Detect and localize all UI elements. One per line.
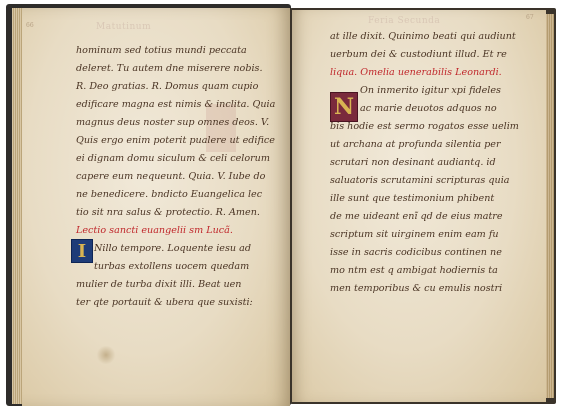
left-running-head: Matutinum <box>96 22 151 32</box>
text-line: men temporibus & cu emulis nostri <box>330 280 519 298</box>
text-line: saluatoris scrutamini scripturas quia <box>330 172 519 190</box>
text-line: hominum sed totius mundi peccata <box>76 42 275 60</box>
text-line: ei dignam domu siculum & celi celorum <box>76 150 275 168</box>
rubric-line: liqua. Omelia uenerabilis Leonardi. <box>330 64 519 82</box>
text-line: capere eum nequeunt. Quia. V. Iube do <box>76 168 275 186</box>
ownership-stamp <box>96 346 116 364</box>
text-line: On inmerito igitur xpi fideles <box>330 82 519 100</box>
left-folio-number: 66 <box>26 22 34 29</box>
text-line: deleret. Tu autem dne miserere nobis. <box>76 60 275 78</box>
right-page-text: at ille dixit. Quinimo beati qui audiunt… <box>330 28 519 298</box>
text-line: ter qte portauit & ubera que suxisti: <box>76 294 275 312</box>
text-line: edificare magna est nimis & inclita. Qui… <box>76 96 275 114</box>
text-line: tio sit nra salus & protectio. R. Amen. <box>76 204 275 222</box>
right-folio-number: 67 <box>526 14 534 21</box>
rubric-line: Lectio sancti euangelii sm Lucã. <box>76 222 275 240</box>
text-line: turbas extollens uocem quedam <box>76 258 275 276</box>
text-line: de me uideant enĩ qd de eius matre <box>330 208 519 226</box>
text-line: scriptum sit uirginem enim eam fu <box>330 226 519 244</box>
left-page-text: hominum sed totius mundi peccata deleret… <box>76 42 275 312</box>
open-manuscript: 66 Matutinum 67 Feria Secunda I N hominu… <box>0 0 561 411</box>
text-line: uerbum dei & custodiunt illud. Et re <box>330 46 519 64</box>
text-line: at ille dixit. Quinimo beati qui audiunt <box>330 28 519 46</box>
text-line: mulier de turba dixit illi. Beat uen <box>76 276 275 294</box>
right-running-head: Feria Secunda <box>368 16 440 26</box>
text-line: ille sunt que testimonium phibent <box>330 190 519 208</box>
text-line: Quis ergo enim poterit pualere ut edific… <box>76 132 275 150</box>
text-line: bis hodie est sermo rogatos esse uelim <box>330 118 519 136</box>
text-line: scrutari non desinant audiantq. id <box>330 154 519 172</box>
text-line: ac marie deuotos adquos no <box>330 100 519 118</box>
text-line: Nillo tempore. Loquente iesu ad <box>76 240 275 258</box>
text-line: isse in sacris codicibus continen ne <box>330 244 519 262</box>
text-line: ut archana at profunda silentia per <box>330 136 519 154</box>
text-line: mo ntm est q ambigat hodiernis ta <box>330 262 519 280</box>
text-line: ne benedicere. bndicto Euangelica lec <box>76 186 275 204</box>
text-line: R. Deo gratias. R. Domus quam cupio <box>76 78 275 96</box>
text-line: magnus deus noster sup omnes deos. V. <box>76 114 275 132</box>
